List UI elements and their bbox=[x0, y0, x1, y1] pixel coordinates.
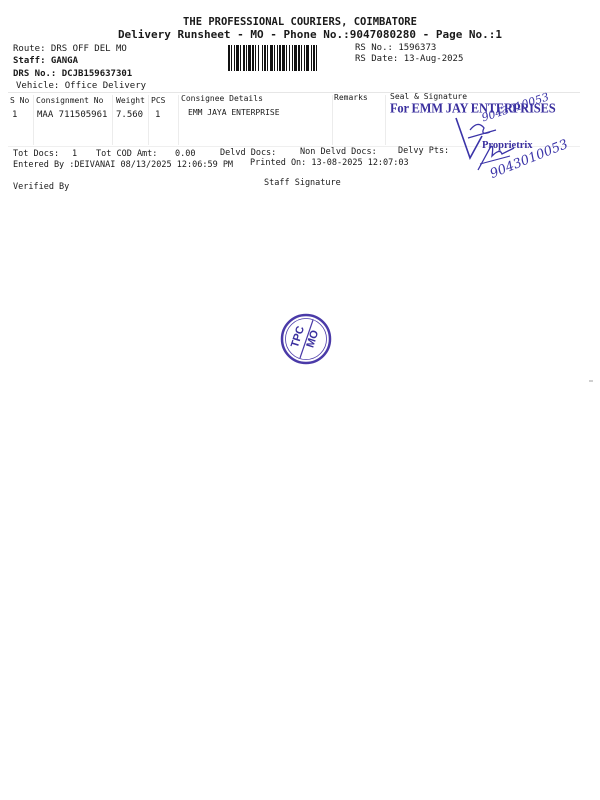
scan-speck bbox=[589, 380, 593, 382]
row-sno: 1 bbox=[12, 110, 17, 120]
runsheet-subtitle: Delivery Runsheet - MO - Phone No.:90470… bbox=[0, 28, 600, 41]
rs-date: RS Date: 13-Aug-2025 bbox=[355, 54, 463, 64]
row-pcs: 1 bbox=[155, 110, 160, 120]
delvd-docs-label: Delvd Docs: bbox=[220, 148, 276, 158]
staff-signature-label: Staff Signature bbox=[264, 178, 341, 188]
verified-by-label: Verified By bbox=[13, 182, 69, 192]
drs-number: DRS No.: DCJB159637301 bbox=[13, 69, 132, 79]
col-divider bbox=[112, 95, 113, 145]
row-consignment-no: MAA 711505961 bbox=[37, 110, 107, 120]
non-delvd-docs-label: Non Delvd Docs: bbox=[300, 147, 377, 157]
tpc-round-stamp: TPC MO bbox=[280, 313, 332, 365]
delvy-pts-label: Delvy Pts: bbox=[398, 146, 449, 156]
row-weight: 7.560 bbox=[116, 110, 143, 120]
barcode bbox=[228, 45, 346, 71]
table-top-border bbox=[8, 92, 580, 93]
col-divider bbox=[33, 95, 34, 145]
handwritten-signature bbox=[440, 108, 520, 188]
col-header-consignee: Consignee Details bbox=[181, 94, 263, 103]
vehicle-label: Vehicle: Office Delivery bbox=[16, 81, 146, 91]
tot-docs-value: 1 bbox=[72, 149, 77, 159]
printed-on: Printed On: 13-08-2025 12:07:03 bbox=[250, 158, 409, 168]
company-title: THE PROFESSIONAL COURIERS, COIMBATORE bbox=[0, 16, 600, 28]
rs-number: RS No.: 1596373 bbox=[355, 43, 436, 53]
barcode-bar bbox=[317, 45, 319, 71]
col-header-sno: S No bbox=[10, 96, 29, 105]
col-header-pcs: PCS bbox=[151, 96, 165, 105]
col-header-consignment: Consignment No bbox=[36, 96, 103, 105]
staff-label: Staff: GANGA bbox=[13, 56, 78, 66]
col-divider bbox=[385, 95, 386, 145]
tot-cod-value: 0.00 bbox=[175, 149, 195, 159]
entered-by: Entered By :DEIVANAI 08/13/2025 12:06:59… bbox=[13, 160, 233, 170]
col-divider bbox=[178, 95, 179, 145]
col-header-weight: Weight bbox=[116, 96, 145, 105]
tot-cod-label: Tot COD Amt: bbox=[96, 149, 157, 159]
route-label: Route: DRS OFF DEL MO bbox=[13, 44, 127, 54]
col-header-remarks: Remarks bbox=[334, 93, 368, 102]
col-divider bbox=[148, 95, 149, 145]
row-consignee: EMM JAYA ENTERPRISE bbox=[188, 108, 280, 117]
tot-docs-label: Tot Docs: bbox=[13, 149, 59, 159]
col-divider bbox=[332, 95, 333, 145]
